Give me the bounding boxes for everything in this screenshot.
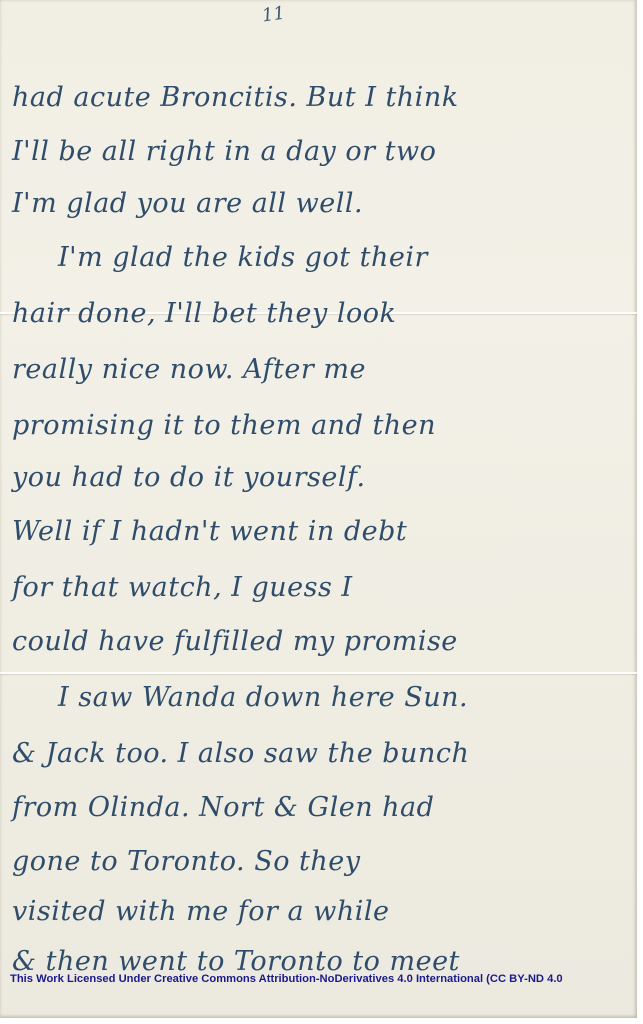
paper-fold-line [0,672,637,674]
handwritten-line: had acute Broncitis. But I think [12,82,634,113]
handwritten-line: Well if I hadn't went in debt [12,516,634,547]
handwritten-line: from Olinda. Nort & Glen had [12,792,634,823]
handwritten-line: visited with me for a while [12,896,634,927]
handwritten-line: for that watch, I guess I [12,572,634,603]
handwritten-line: I'll be all right in a day or two [12,136,634,167]
handwritten-line: I'm glad the kids got their [58,242,643,273]
handwritten-line: could have fulfilled my promise [12,626,634,657]
letter-page: 11 had acute Broncitis. But I think I'll… [0,0,637,1018]
handwritten-line: really nice now. After me [12,354,634,385]
handwritten-line: I saw Wanda down here Sun. [58,682,643,713]
handwritten-line: I'm glad you are all well. [12,188,634,219]
handwritten-line: you had to do it yourself. [12,462,634,493]
handwritten-line: promising it to them and then [12,410,634,441]
handwritten-line: hair done, I'll bet they look [12,298,634,329]
handwritten-line: gone to Toronto. So they [12,846,634,877]
page-number: 11 [261,3,287,27]
handwritten-line: & Jack too. I also saw the bunch [12,738,634,769]
license-notice: This Work Licensed Under Creative Common… [10,973,563,985]
